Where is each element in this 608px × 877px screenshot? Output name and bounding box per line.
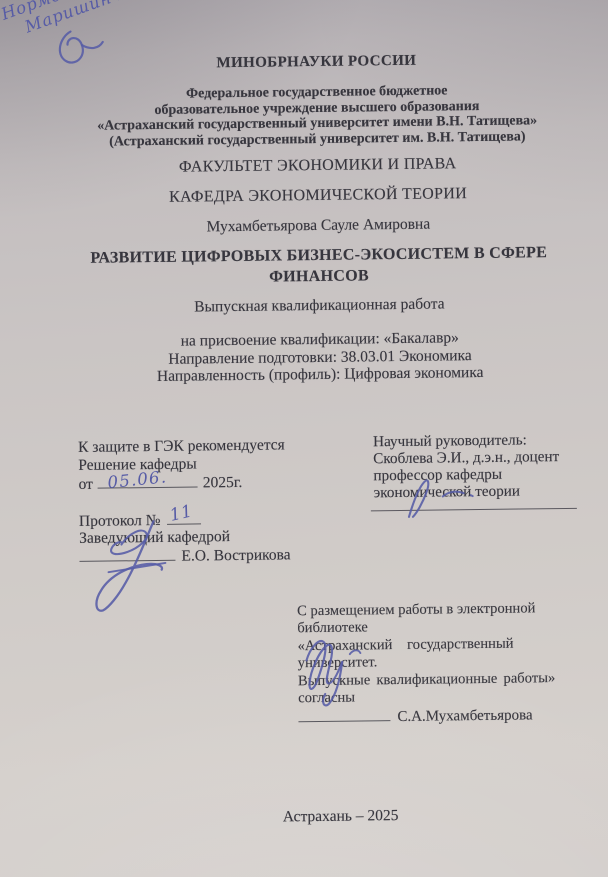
author-name: Мухамбетьярова Сауле Амировна [31,213,605,238]
ministry-header: МИНОБРНАУКИ РОССИИ [29,50,603,74]
organization-name: Федеральное государственное бюджетное об… [30,81,605,150]
head-name: Е.О. Вострикова [181,546,290,564]
head-signature-line: Е.О. Вострикова [79,545,290,567]
normcontrol-handwritten-note: Нормоконтроль Маришин Е. [0,0,158,44]
protocol-label: Протокол № [79,512,161,530]
scanned-title-page: Нормоконтроль Маришин Е. МИНОБРНАУКИ РОС… [0,0,608,877]
supervisor-signature-line [371,508,577,512]
head-of-department-label: Заведующий кафедрой [79,528,230,548]
page-content: Нормоконтроль Маришин Е. МИНОБРНАУКИ РОС… [0,0,608,877]
department-name: КАФЕДРА ЭКОНОМИЧЕСКОЙ ТЕОРИИ [31,183,605,208]
date-prefix: от [78,476,93,493]
consent-signature-blank [298,707,390,722]
work-type: Выпускная квалификационная работа [32,293,606,318]
consent-signature-row: С.А.Мухамбетьярова [298,705,598,728]
faculty-name: ФАКУЛЬТЕТ ЭКОНОМИКИ И ПРАВА [31,153,605,178]
head-signature-blank [79,547,175,562]
consent-line-1: С размещением работы в электронной библи… [297,600,597,638]
consent-line-3: Выпускные квалификационные работы» согла… [298,669,598,707]
qualification-block: на присвоение квалификации: «Бакалавр» Н… [33,327,608,387]
handwritten-protocol-number: 11 [167,501,193,525]
library-consent-block: С размещением работы в электронной библи… [297,600,598,728]
approval-recommendation: К защите в ГЭК рекомендуется [78,436,285,457]
approval-date-line: от05.06.2025г. [78,473,242,494]
date-blank-line: 05.06. [98,473,198,488]
consent-line-2: «Астраханский государственный университе… [297,634,597,672]
city-year-footer: Астрахань – 2025 [69,804,608,829]
supervisor-department: экономической теории [374,483,521,503]
protocol-blank-line: 11 [166,510,200,524]
date-suffix: 2025г. [203,474,243,491]
consent-signer-name: С.А.Мухамбетьярова [397,707,532,725]
thesis-title: РАЗВИТИЕ ЦИФРОВЫХ БИЗНЕС-ЭКОСИСТЕМ В СФЕ… [32,242,606,290]
